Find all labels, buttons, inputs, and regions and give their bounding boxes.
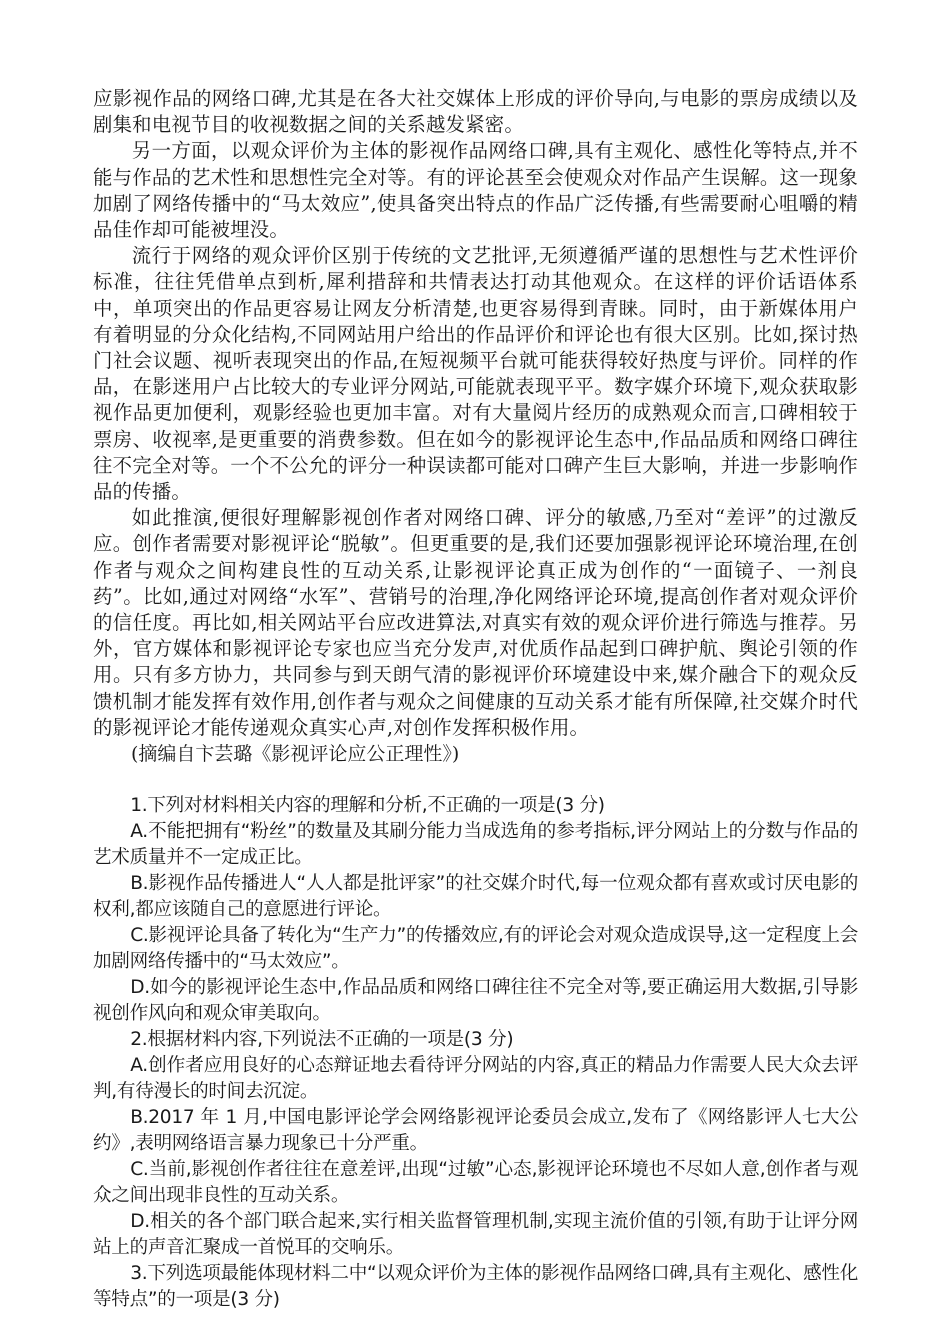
option-d: D.如今的影视评论生态中,作品品质和网络口碑往往不完全对等,要正确运用大数据,引… — [93, 975, 858, 1027]
option-a: A.不能把拥有“粉丝”的数量及其刷分能力当成选角的参考指标,评分网站上的分数与作… — [93, 819, 858, 871]
passage-paragraph-2: 另一方面，以观众评价为主体的影视作品网络口碑,具有主观化、感性化等特点,并不能与… — [93, 138, 858, 243]
passage-paragraph-4: 如此推演,便很好理解影视创作者对网络口碑、评分的敏感,乃至对“差评”的过激反应。… — [93, 505, 858, 741]
question-section: 1.下列对材料相关内容的理解和分析,不正确的一项是(3 分) A.不能把拥有“粉… — [93, 793, 858, 1313]
option-d: D.相关的各个部门联合起来,实行相关监督管理机制,实现主流价值的引领,有助于让评… — [93, 1209, 858, 1261]
option-c: C.影视评论具备了转化为“生产力”的传播效应,有的评论会对观众造成误导,这一定程… — [93, 923, 858, 975]
passage-paragraph-3: 流行于网络的观众评价区别于传统的文艺批评,无须遵循严谨的思想性与艺术性评价标准，… — [93, 243, 858, 505]
option-b: B.影视作品传播进人“人人都是批评家”的社交媒介时代,每一位观众都有喜欢或讨厌电… — [93, 871, 858, 923]
exam-page: 应影视作品的网络口碑,尤其是在各大社交媒体上形成的评价导向,与电影的票房成绩以及… — [93, 86, 858, 1313]
question-stem: 3.下列选项最能体现材料二中“以观众评价为主体的影视作品网络口碑,具有主观化、感… — [93, 1261, 858, 1313]
question-stem: 2.根据材料内容,下列说法不正确的一项是(3 分) — [93, 1027, 858, 1053]
question-2: 2.根据材料内容,下列说法不正确的一项是(3 分) A.创作者应用良好的心态辩证… — [93, 1027, 858, 1261]
source-citation: (摘编自卞芸璐《影视评论应公正理性》) — [93, 741, 858, 767]
reading-passage: 应影视作品的网络口碑,尤其是在各大社交媒体上形成的评价导向,与电影的票房成绩以及… — [93, 86, 858, 741]
question-3: 3.下列选项最能体现材料二中“以观众评价为主体的影视作品网络口碑,具有主观化、感… — [93, 1261, 858, 1313]
passage-paragraph-1: 应影视作品的网络口碑,尤其是在各大社交媒体上形成的评价导向,与电影的票房成绩以及… — [93, 86, 858, 138]
question-1: 1.下列对材料相关内容的理解和分析,不正确的一项是(3 分) A.不能把拥有“粉… — [93, 793, 858, 1027]
option-c: C.当前,影视创作者往往在意差评,出现“过敏”心态,影视评论环境也不尽如人意,创… — [93, 1157, 858, 1209]
option-b: B.2017 年 1 月,中国电影评论学会网络影视评论委员会成立,发布了《网络影… — [93, 1105, 858, 1157]
option-a: A.创作者应用良好的心态辩证地去看待评分网站的内容,真正的精品力作需要人民大众去… — [93, 1053, 858, 1105]
question-stem: 1.下列对材料相关内容的理解和分析,不正确的一项是(3 分) — [93, 793, 858, 819]
